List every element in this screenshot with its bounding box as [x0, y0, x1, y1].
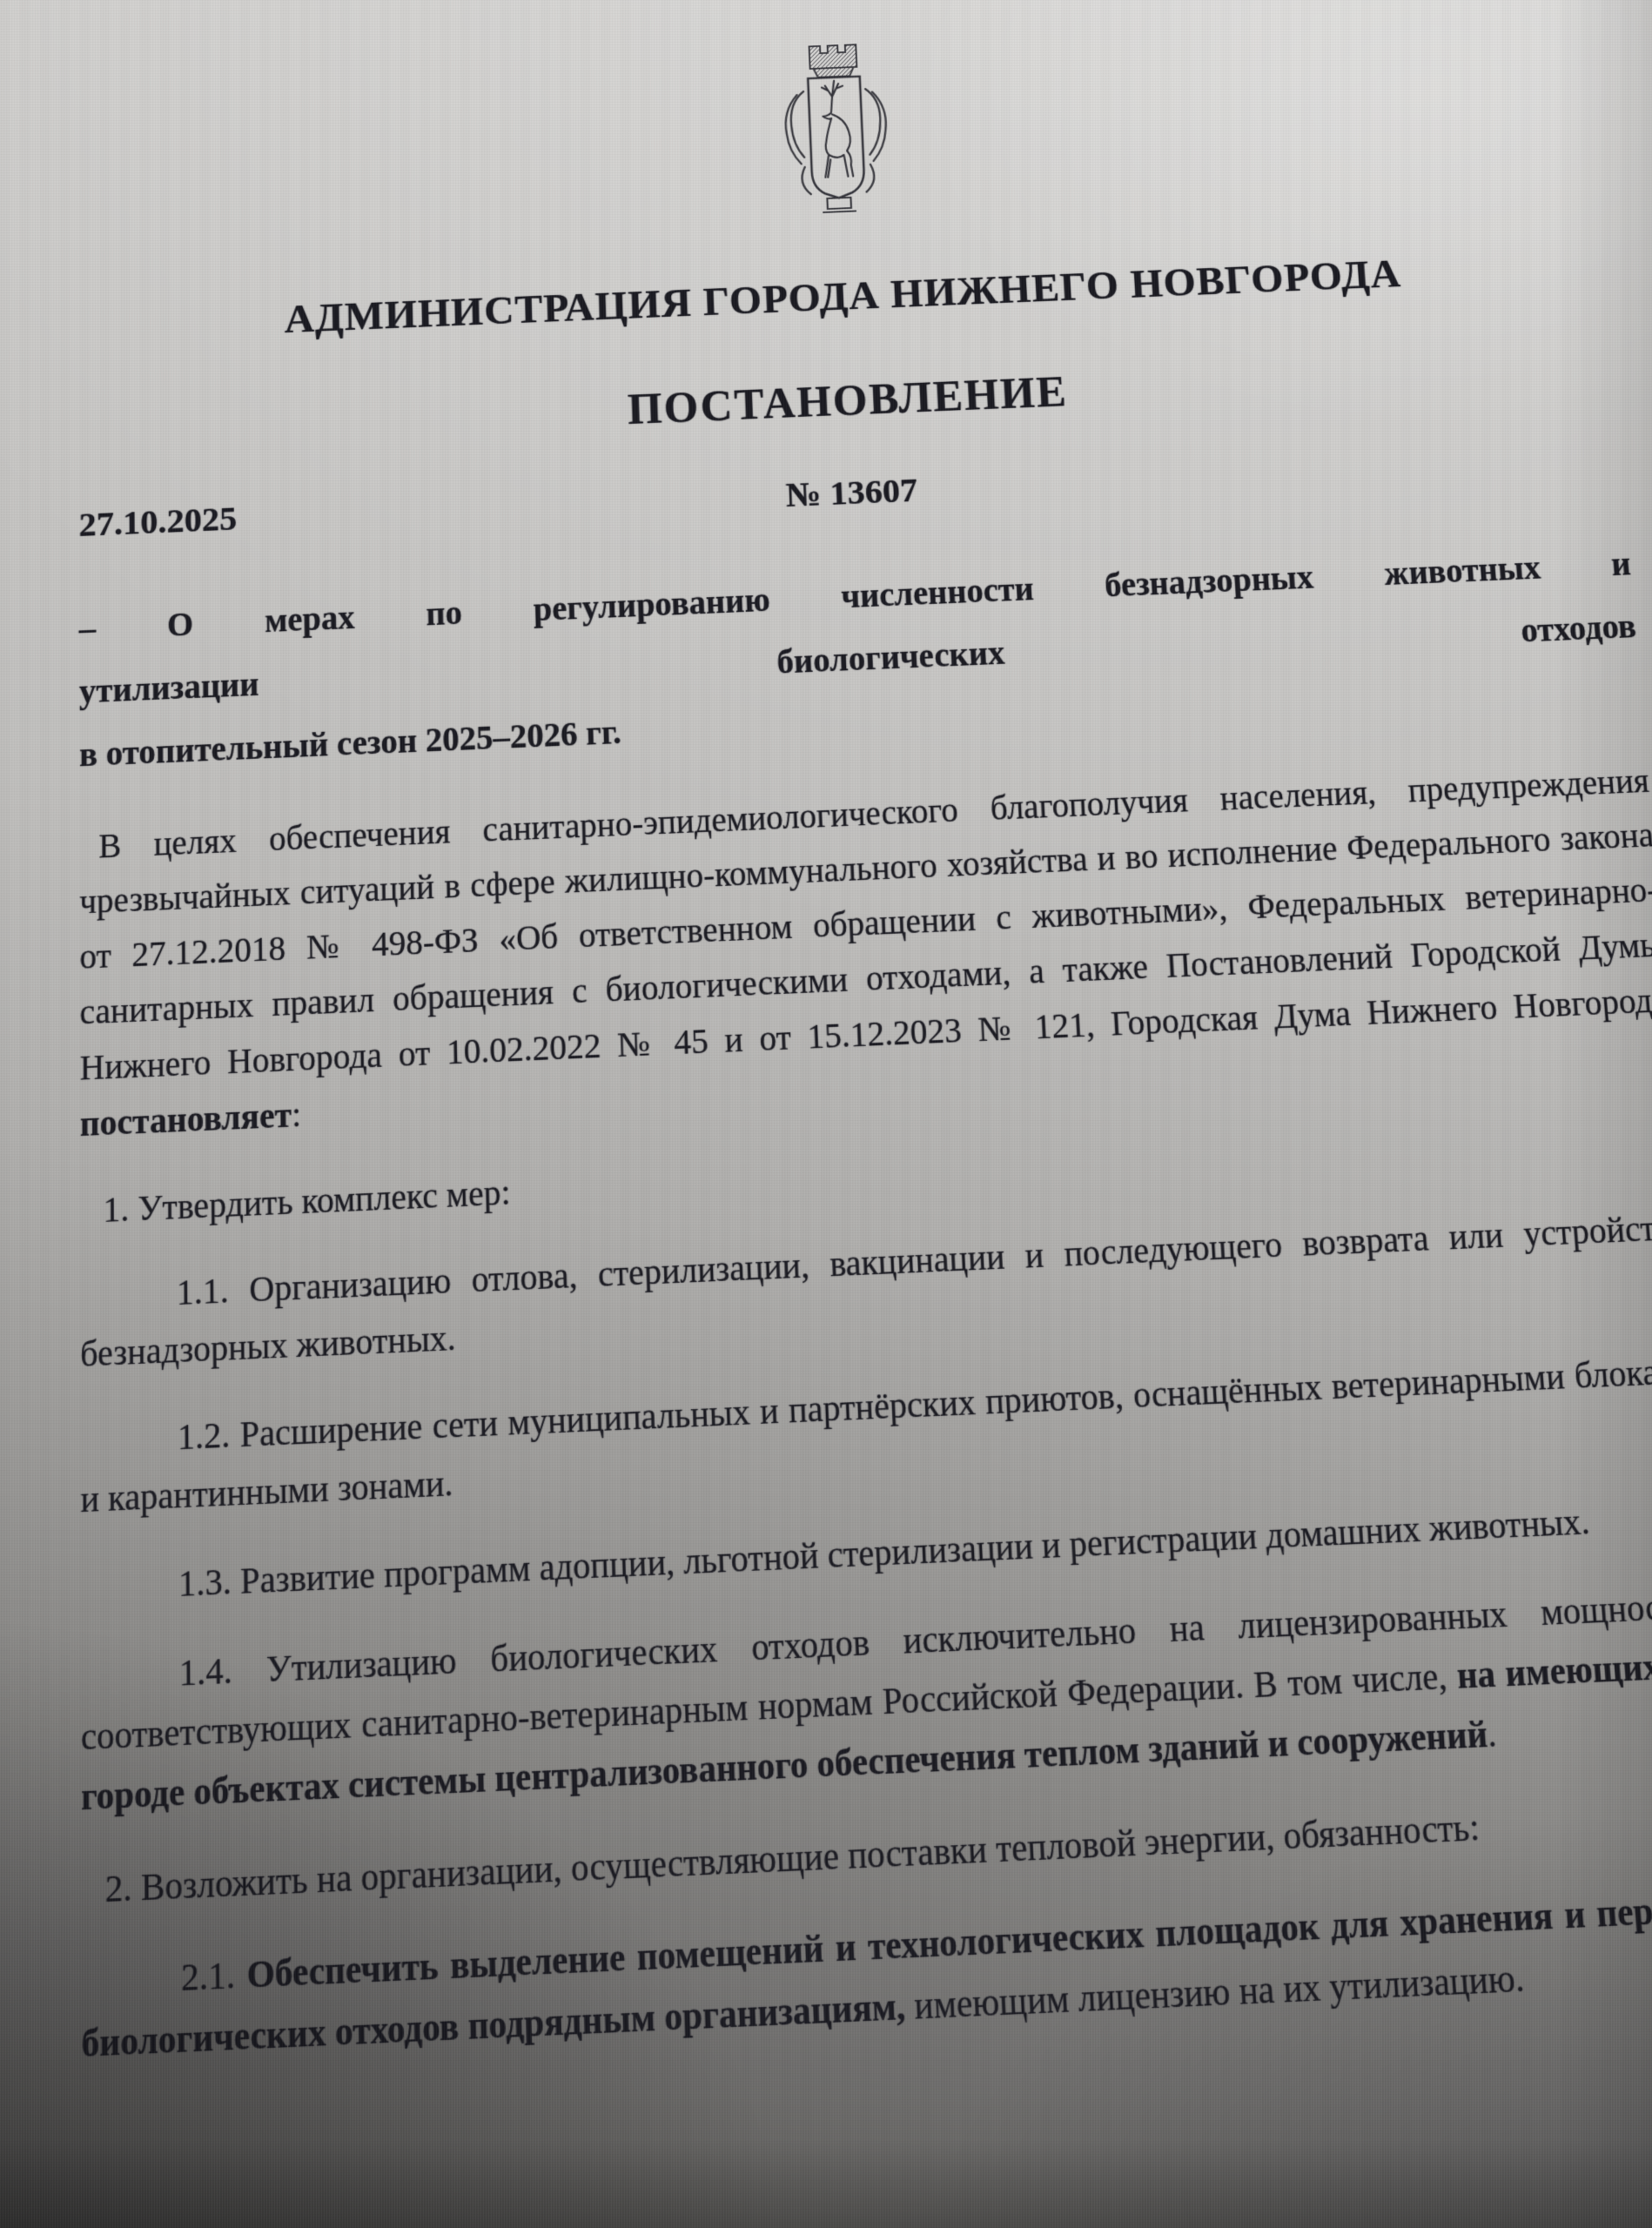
item-1-4: 1.4. Утилизацию биологических отходов ис…	[81, 1576, 1652, 1828]
intro-paragraph: В целях обеспечения санитарно-эпидемиоло…	[79, 754, 1652, 1152]
date-number-row: 27.10.2025 № 13607	[79, 440, 1624, 544]
photographed-screen: АДМИНИСТРАЦИЯ ГОРОДА НИЖНЕГО НОВГОРОДА П…	[0, 0, 1652, 2228]
nizhny-novgorod-coat-of-arms-icon	[769, 42, 903, 230]
document-paragraphs: – О мерах по регулированию численности б…	[79, 534, 1652, 2075]
decree-document: АДМИНИСТРАЦИЯ ГОРОДА НИЖНЕГО НОВГОРОДА П…	[33, 3, 1652, 2077]
document-date: 27.10.2025	[79, 483, 595, 545]
document-type-title: ПОСТАНОВЛЕНИЕ	[78, 345, 1616, 457]
document-number: № 13607	[594, 461, 1110, 523]
organization-title: АДМИНИСТРАЦИЯ ГОРОДА НИЖНЕГО НОВГОРОДА	[78, 241, 1607, 351]
spacer	[1110, 472, 1623, 493]
